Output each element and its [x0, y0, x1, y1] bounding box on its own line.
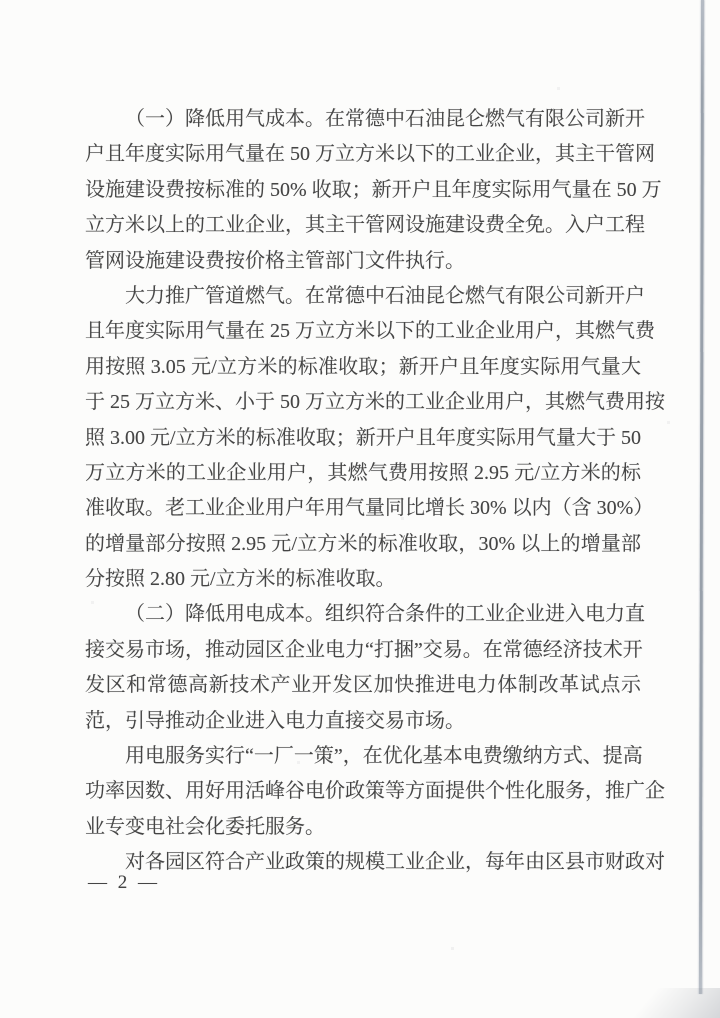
scan-corner-shadow [585, 988, 720, 1018]
text-line: 分按照 2.80 元/立方米的标准收取。 [85, 562, 641, 597]
text-line: 户且年度实际用气量在 50 万立方米以下的工业企业，其主干管网 [85, 137, 641, 172]
text-line: 设施建设费按标准的 50% 收取；新开户且年度实际用气量在 50 万 [85, 173, 641, 208]
document-body: （一）降低用气成本。在常德中石油昆仑燃气有限公司新开 户且年度实际用气量在 50… [85, 102, 641, 881]
paragraph-fiscal-support: 对各园区符合产业政策的规模工业企业，每年由区县市财政对 [85, 845, 641, 880]
paragraph-electricity-cost: （二）降低用电成本。组织符合条件的工业企业进入电力直 接交易市场，推动园区企业电… [85, 597, 641, 739]
text-line: 管网设施建设费按价格主管部门文件执行。 [85, 244, 641, 279]
text-line: 万立方米的工业企业用户，其燃气费用按照 2.95 元/立方米的标 [85, 456, 641, 491]
text-line: （二）降低用电成本。组织符合条件的工业企业进入电力直 [85, 597, 641, 632]
text-line: 用按照 3.05 元/立方米的标准收取；新开户且年度实际用气量大 [85, 350, 641, 385]
text-line: 于 25 万立方米、小于 50 万立方米的工业企业用户，其燃气费用按 [85, 385, 641, 420]
text-line: 照 3.00 元/立方米的标准收取；新开户且年度实际用气量大于 50 [85, 421, 641, 456]
paragraph-gas-cost: （一）降低用气成本。在常德中石油昆仑燃气有限公司新开 户且年度实际用气量在 50… [85, 102, 641, 279]
scan-edge-artifact [699, 0, 704, 994]
text-line: 用电服务实行“一厂一策”，在优化基本电费缴纳方式、提高 [85, 739, 641, 774]
text-line: 接交易市场，推动园区企业电力“打捆”交易。在常德经济技术开 [85, 633, 641, 668]
scanned-document-page: （一）降低用气成本。在常德中石油昆仑燃气有限公司新开 户且年度实际用气量在 50… [0, 0, 720, 1018]
text-line: 且年度实际用气量在 25 万立方米以下的工业企业用户，其燃气费 [85, 314, 641, 349]
scan-noise-speckles [0, 0, 1, 1]
text-line: 功率因数、用好用活峰谷电价政策等方面提供个性化服务，推广企 [85, 774, 641, 809]
paragraph-pipeline-gas: 大力推广管道燃气。在常德中石油昆仑燃气有限公司新开户 且年度实际用气量在 25 … [85, 279, 641, 598]
text-line: 准收取。老工业企业用户年用气量同比增长 30% 以内（含 30%） [85, 491, 641, 526]
text-line: 对各园区符合产业政策的规模工业企业，每年由区县市财政对 [85, 845, 641, 880]
text-line: 大力推广管道燃气。在常德中石油昆仑燃气有限公司新开户 [85, 279, 641, 314]
text-line: 的增量部分按照 2.95 元/立方米的标准收取，30% 以上的增量部 [85, 527, 641, 562]
text-line: 范，引导推动企业进入电力直接交易市场。 [85, 704, 641, 739]
paragraph-electricity-service: 用电服务实行“一厂一策”，在优化基本电费缴纳方式、提高 功率因数、用好用活峰谷电… [85, 739, 641, 845]
page-number: — 2 — [88, 872, 160, 894]
text-line: （一）降低用气成本。在常德中石油昆仑燃气有限公司新开 [85, 102, 641, 137]
text-line: 业专变电社会化委托服务。 [85, 810, 641, 845]
text-line: 立方米以上的工业企业，其主干管网设施建设费全免。入户工程 [85, 208, 641, 243]
text-line: 发区和常德高新技术产业开发区加快推进电力体制改革试点示 [85, 668, 641, 703]
